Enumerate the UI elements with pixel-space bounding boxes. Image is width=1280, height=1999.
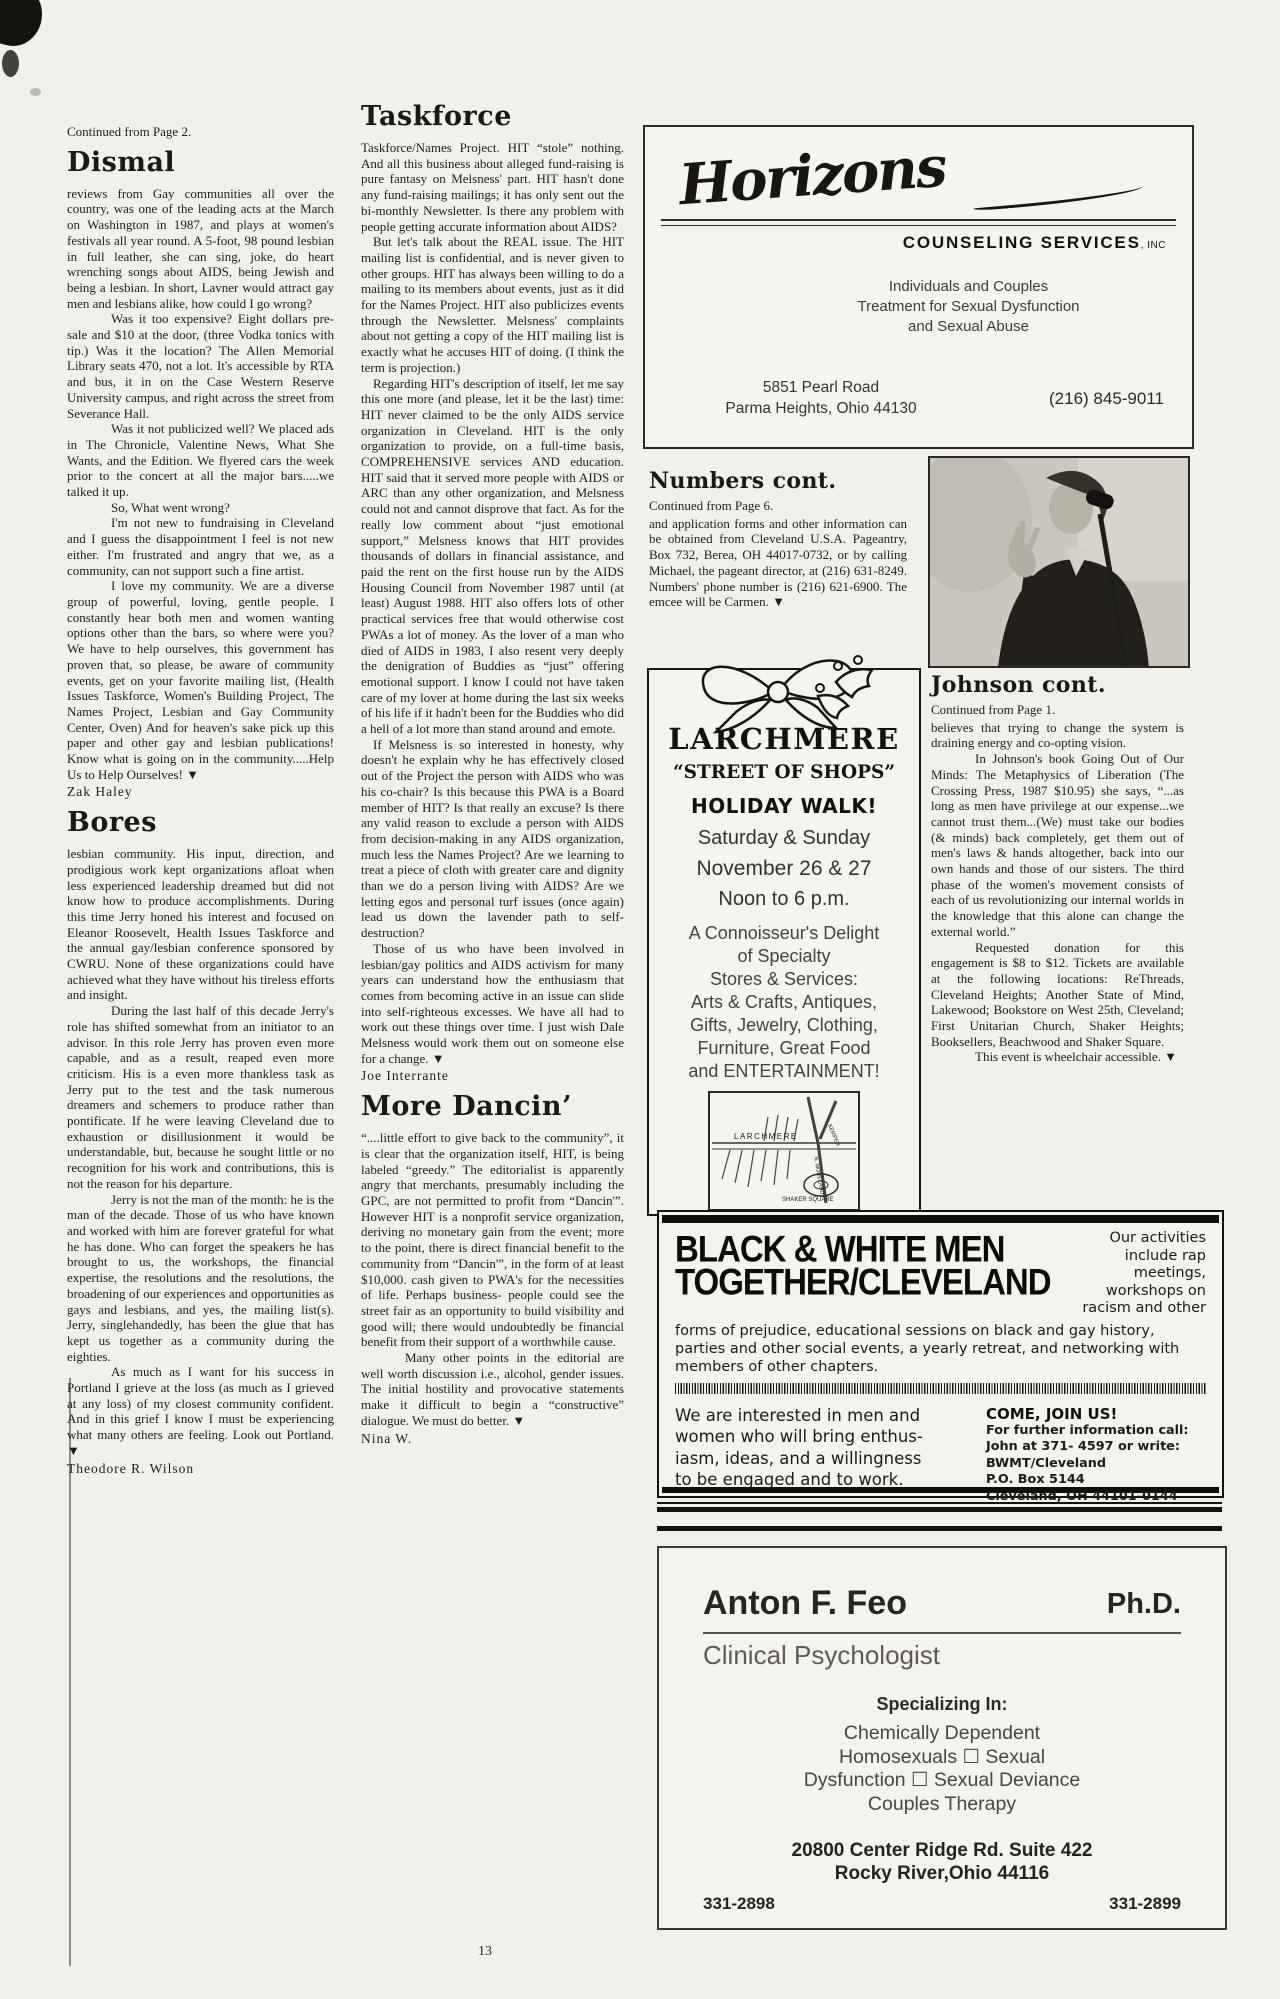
larchmere-desc-line: Stores & Services: [649,968,919,991]
larchmere-desc-line: Gifts, Jewelry, Clothing, [649,1014,919,1037]
paragraph: lesbian community. His input, direction,… [67,846,334,1003]
signature: Zak Haley [67,784,334,800]
horizons-logo: Horizons [677,134,947,218]
horizons-address-line: 5851 Pearl Road [661,377,981,398]
feo-specialty-line: Couples Therapy [659,1793,1225,1817]
horizons-service-line: and Sexual Abuse [765,317,1172,337]
horizons-subtitle-text: COUNSELING SERVICES [903,233,1141,252]
bow-holly-illustration [668,638,900,739]
horizons-services: Individuals and Couples Treatment for Se… [765,277,1172,337]
paragraph: Regarding HIT's description of itself, l… [361,376,624,737]
paragraph: Taskforce/Names Project. HIT “stole” not… [361,140,624,234]
feo-specialty-line: Homosexuals ☐ Sexual [659,1746,1225,1770]
middle-column: Taskforce Taskforce/Names Project. HIT “… [361,102,624,1446]
feo-name: Anton F. Feo [703,1584,907,1623]
page-number: 13 [478,1944,492,1960]
bwmt-info-line: John at 371- 4597 or write: [986,1439,1206,1456]
feo-specialty-line: Chemically Dependent [659,1722,1225,1746]
article-heading-more-dancin: More Dancin’ [361,1092,624,1122]
feo-specialty-line: Dysfunction ☐ Sexual Deviance [659,1769,1225,1793]
bwmt-activities-line: Our activities [1051,1230,1206,1248]
divider [662,1215,1219,1223]
bwmt-title-line: TOGETHER/CLEVELAND [675,1263,1051,1300]
paragraph: believes that trying to change the syste… [931,720,1184,751]
paragraph: I'm not new to fundraising in Cleveland … [67,515,334,578]
bwmt-activities: Our activities include rap meetings, wor… [1051,1230,1206,1318]
bwmt-info-line: For further information call: [986,1423,1206,1440]
divider [661,225,1176,226]
map-label-shaker-square: SHAKER SQUARE [782,1197,834,1203]
signature: Nina W. [361,1431,624,1447]
paragraph: and application forms and other informat… [649,516,907,610]
paragraph: Jerry is not the man of the month: he is… [67,1192,334,1365]
article-numbers-cont: Numbers cont. Continued from Page 6. and… [649,468,907,610]
paragraph: Those of us who have been involved in le… [361,941,624,1067]
larchmere-dates: November 26 & 27 [649,857,919,881]
paragraph: In Johnson's book Going Out of Our Minds… [931,751,1184,939]
divider [661,219,1176,221]
feo-degree: Ph.D. [1107,1588,1181,1621]
article-johnson-cont: Johnson cont. Continued from Page 1. bel… [931,672,1184,1065]
ad-feo: Anton F. Feo Ph.D. Clinical Psychologist… [657,1546,1227,1930]
divider [657,1502,1222,1504]
bwmt-interest-line: We are interested in men and [675,1405,980,1427]
paragraph: But let's talk about the REAL issue. The… [361,234,624,375]
larchmere-time: Noon to 6 p.m. [649,888,919,911]
bwmt-activities-line: racism and other [1051,1300,1206,1318]
map-label-larchmere: LARCHMERE [734,1132,798,1141]
feo-address-line2: Rocky River,Ohio 44116 [659,1863,1225,1885]
horizons-service-line: Individuals and Couples [765,277,1172,297]
larchmere-subtitle: “STREET OF SHOPS” [649,762,919,783]
larchmere-desc-line: Arts & Crafts, Antiques, [649,991,919,1014]
bwmt-join-block: COME, JOIN US! For further information c… [986,1405,1206,1506]
scan-artifact-blob [2,50,19,77]
article-heading-johnson: Johnson cont. [931,672,1184,698]
bwmt-interest-line: iasm, ideas, and a willingness [675,1448,980,1470]
bwmt-content: BLACK & WHITE MEN TOGETHER/CLEVELAND Our… [675,1230,1206,1505]
larchmere-holiday-walk: HOLIDAY WALK! [649,794,919,818]
bwmt-title: BLACK & WHITE MEN TOGETHER/CLEVELAND [675,1230,1051,1318]
scan-artifact-blob [0,0,49,52]
article-heading-bores: Bores [67,808,334,838]
bwmt-info-line: BWMT/Cleveland [986,1456,1206,1473]
larchmere-desc-line: Furniture, Great Food [649,1037,919,1060]
divider [703,1632,1181,1634]
feo-title: Clinical Psychologist [703,1640,940,1671]
bwmt-interest-line: women who will bring enthus- [675,1426,980,1448]
performer-photo [928,456,1190,668]
continued-from-note: Continued from Page 2. [67,124,334,140]
paragraph: As much as I want for his success in Por… [67,1364,334,1458]
larchmere-desc-line: and ENTERTAINMENT! [649,1060,919,1083]
signature: Theodore R. Wilson [67,1461,334,1477]
left-column: Continued from Page 2. Dismal reviews fr… [67,124,334,1476]
larchmere-description: A Connoisseur's Delight of Specialty Sto… [649,922,919,1083]
article-heading-dismal: Dismal [67,148,334,178]
bwmt-interest-line: to be engaged and to work. [675,1469,980,1491]
horizons-address-line: Parma Heights, Ohio 44130 [661,398,981,419]
horizons-service-line: Treatment for Sexual Dysfunction [765,297,1172,317]
paragraph: This event is wheelchair accessible. ▼ [931,1049,1184,1065]
paragraph: “....little effort to give back to the c… [361,1130,624,1350]
bwmt-info-line: P.O. Box 5144 [986,1472,1206,1489]
paragraph: If Melsness is so interested in honesty,… [361,737,624,941]
article-heading-taskforce: Taskforce [361,102,624,132]
paragraph: Requested donation for this engagement i… [931,940,1184,1050]
hatched-divider [675,1383,1206,1394]
ad-bwmt: BLACK & WHITE MEN TOGETHER/CLEVELAND Our… [657,1210,1224,1498]
bwmt-activities-line: include rap meetings, [1051,1248,1206,1283]
horizons-address: 5851 Pearl Road Parma Heights, Ohio 4413… [661,377,981,419]
divider [657,1526,1222,1531]
bwmt-join-title: COME, JOIN US! [986,1405,1206,1423]
larchmere-desc-line: of Specialty [649,945,919,968]
paragraph: Was it too expensive? Eight dollars pre-… [67,311,334,421]
ad-larchmere: LARCHMERE “STREET OF SHOPS” HOLIDAY WALK… [647,668,921,1216]
paragraph: I love my community. We are a diverse gr… [67,578,334,782]
scan-artifact-smudge [30,88,41,96]
feo-phone-right: 331-2899 [1109,1894,1181,1914]
newspaper-page: Continued from Page 2. Dismal reviews fr… [0,0,1280,1999]
larchmere-desc-line: A Connoisseur's Delight [649,922,919,945]
feo-specializing-label: Specializing In: [659,1694,1225,1715]
article-heading-numbers: Numbers cont. [649,468,907,494]
feo-address-line1: 20800 Center Ridge Rd. Suite 422 [659,1840,1225,1862]
horizons-subtitle-inc: , INC [1141,240,1166,251]
paragraph: reviews from Gay communities all over th… [67,186,334,312]
bwmt-activities-line: workshops on [1051,1283,1206,1301]
paragraph: So, What went wrong? [67,500,334,516]
continued-from-note: Continued from Page 1. [931,702,1184,718]
larchmere-days: Saturday & Sunday [649,827,919,850]
horizons-phone: (216) 845-9011 [1049,389,1164,409]
paragraph: Was it not publicized well? We placed ad… [67,421,334,500]
ad-horizons: Horizons COUNSELING SERVICES, INC Indivi… [643,125,1194,449]
paragraph: During the last half of this decade Jerr… [67,1003,334,1191]
feo-phone-left: 331-2898 [703,1894,775,1914]
horizons-subtitle: COUNSELING SERVICES, INC [903,233,1166,253]
horizons-logo-swash [973,184,1143,212]
divider [657,1507,1222,1512]
feo-specialties: Chemically Dependent Homosexuals ☐ Sexua… [659,1722,1225,1816]
continued-from-note: Continued from Page 6. [649,498,907,514]
bwmt-interest-text: We are interested in men and women who w… [675,1405,980,1506]
larchmere-map: LARCHMERE KEMPER N. MORELAND SHAKER SQUA… [649,1091,919,1216]
signature: Joe Interrante [361,1068,624,1084]
performer-photo-image [928,456,1190,668]
paragraph: Many other points in the editorial are w… [361,1350,624,1429]
bwmt-body-text: forms of prejudice, educational sessions… [675,1322,1206,1376]
